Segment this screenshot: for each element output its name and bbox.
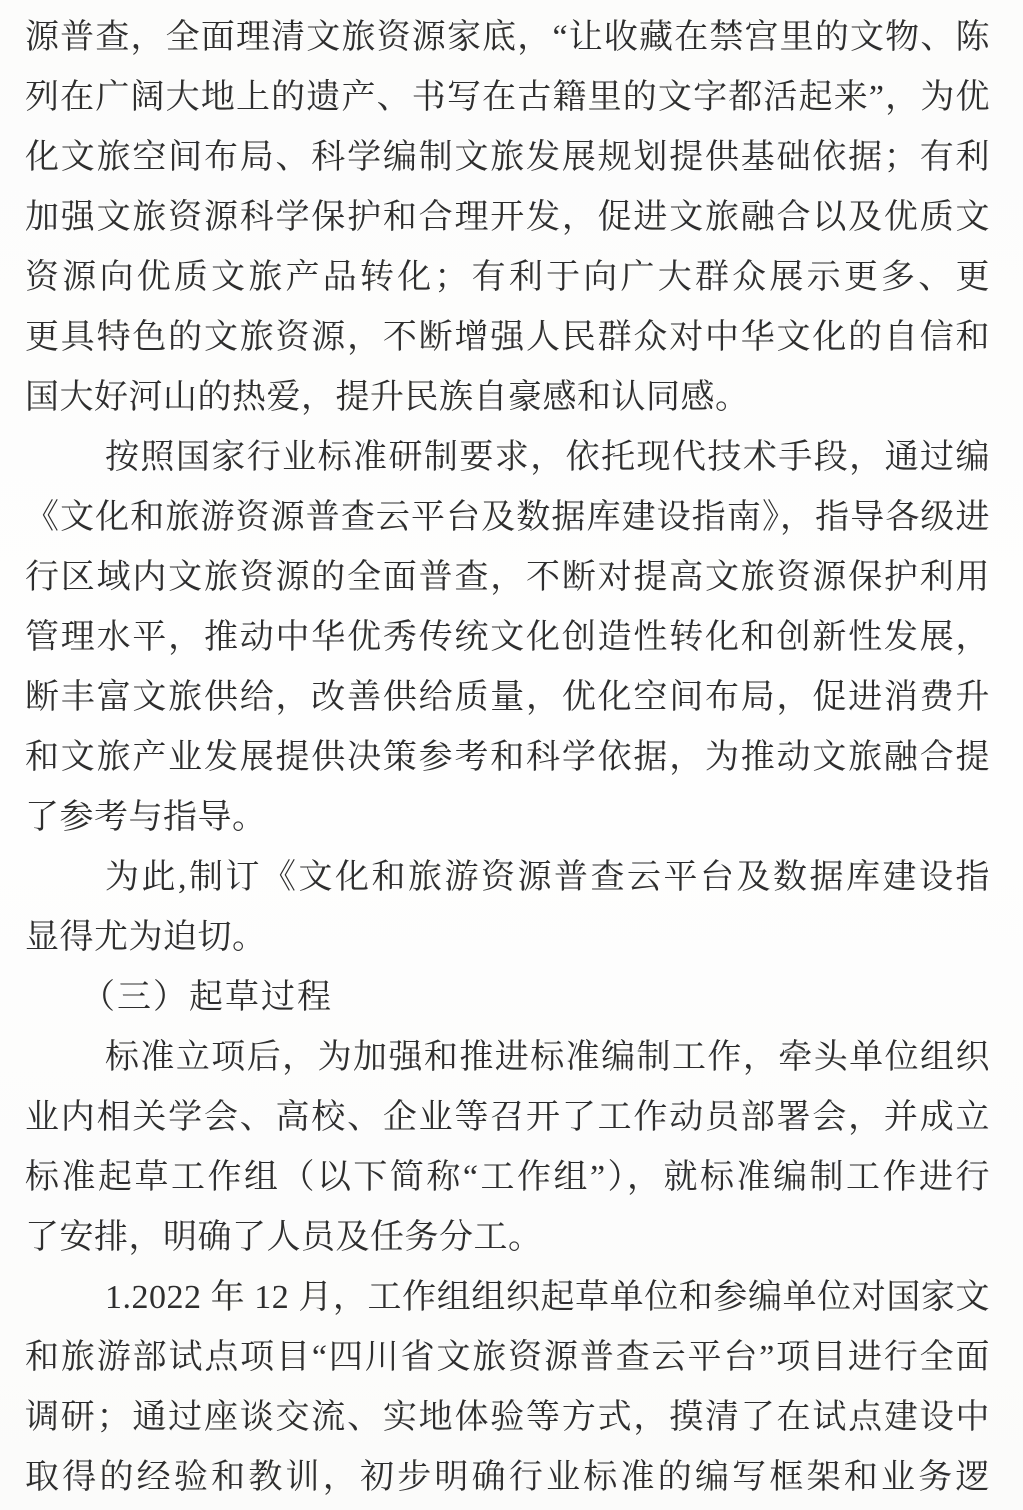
text-line: 化文旅空间布局、科学编制文旅发展规划提供基础依据；有利于 xyxy=(25,128,990,188)
text-line: 显得尤为迫切。 xyxy=(25,908,990,968)
text-line: 断丰富文旅供给，改善供给质量，优化空间布局，促进消费升级 xyxy=(25,668,990,728)
text-line: 为此,制订《文化和旅游资源普查云平台及数据库建设指南》 xyxy=(25,848,990,908)
document-text-body: 源普查，全面理清文旅资源家底，“让收藏在禁宫里的文物、陈列在广阔大地上的遗产、书… xyxy=(25,8,990,1508)
text-line: 取得的经验和教训，初步明确行业标准的编写框架和业务逻辑。 xyxy=(25,1448,990,1508)
text-line: 调研；通过座谈交流、实地体验等方式，摸清了在试点建设中所 xyxy=(25,1388,990,1448)
text-line: 和旅游部试点项目“四川省文旅资源普查云平台”项目进行全面 xyxy=(25,1328,990,1388)
text-line: 标准立项后，为加强和推进标准编制工作，牵头单位组织行 xyxy=(25,1028,990,1088)
text-line: 行区域内文旅资源的全面普查，不断对提高文旅资源保护利用与 xyxy=(25,548,990,608)
text-line: 《文化和旅游资源普查云平台及数据库建设指南》，指导各级进 xyxy=(25,488,990,548)
text-line: 了安排，明确了人员及任务分工。 xyxy=(25,1208,990,1268)
text-line: 资源向优质文旅产品转化；有利于向广大群众展示更多、更优、 xyxy=(25,248,990,308)
text-line: 国大好河山的热爱，提升民族自豪感和认同感。 xyxy=(25,368,990,428)
text-line: 源普查，全面理清文旅资源家底，“让收藏在禁宫里的文物、陈 xyxy=(25,8,990,68)
text-line: 1.2022 年 12 月，工作组组织起草单位和参编单位对国家文化 xyxy=(25,1268,990,1328)
text-line: 标准起草工作组（以下简称“工作组”），就标准编制工作进行 xyxy=(25,1148,990,1208)
text-line: 和文旅产业发展提供决策参考和科学依据，为推动文旅融合提供 xyxy=(25,728,990,788)
document-page: 源普查，全面理清文旅资源家底，“让收藏在禁宫里的文物、陈列在广阔大地上的遗产、书… xyxy=(0,0,1023,1510)
text-line: 业内相关学会、高校、企业等召开了工作动员部署会，并成立了 xyxy=(25,1088,990,1148)
text-line: 管理水平，推动中华优秀传统文化创造性转化和创新性发展，不 xyxy=(25,608,990,668)
text-line: 列在广阔大地上的遗产、书写在古籍里的文字都活起来”，为优 xyxy=(25,68,990,128)
text-line: 按照国家行业标准研制要求，依托现代技术手段，通过编制 xyxy=(25,428,990,488)
text-line: 更具特色的文旅资源，不断增强人民群众对中华文化的自信和祖 xyxy=(25,308,990,368)
text-line: 了参考与指导。 xyxy=(25,788,990,848)
text-line: 加强文旅资源科学保护和合理开发，促进文旅融合以及优质文旅 xyxy=(25,188,990,248)
section-heading: （三）起草过程 xyxy=(25,968,990,1028)
